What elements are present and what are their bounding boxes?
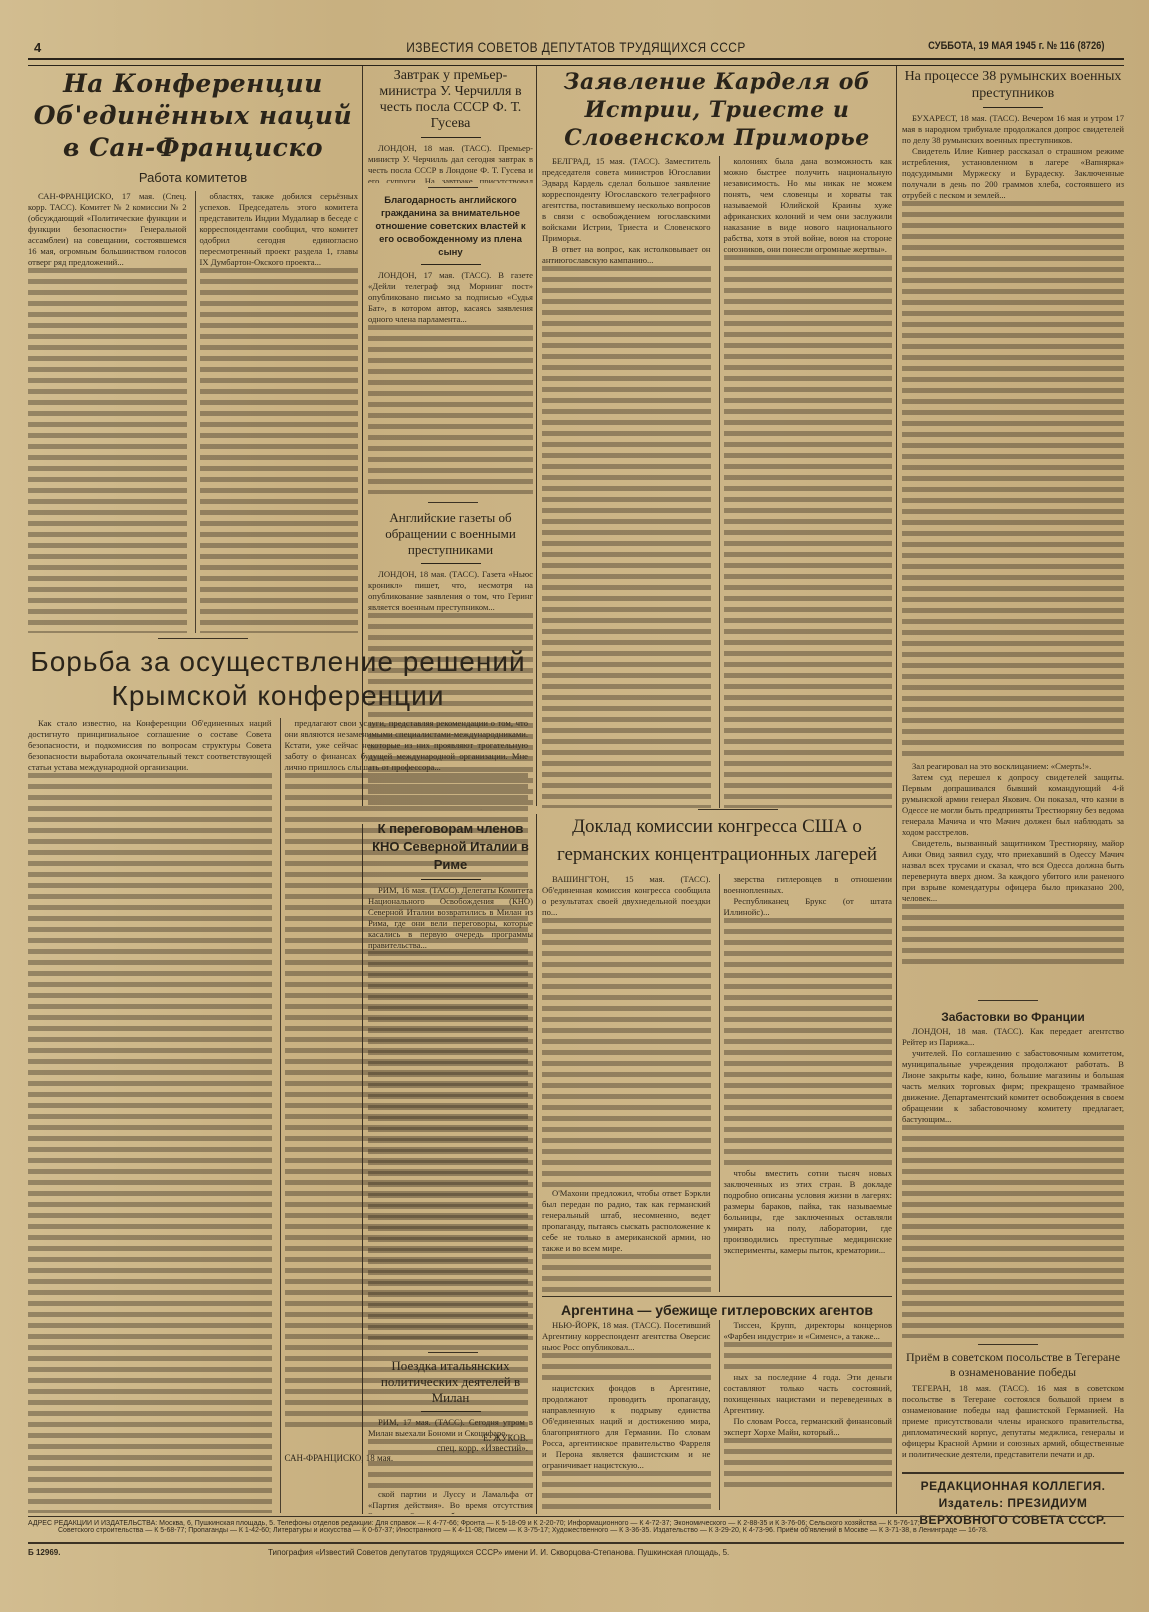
column-divider xyxy=(896,66,897,1514)
text-body xyxy=(724,1438,893,1488)
text-body xyxy=(902,201,1124,761)
article-paragraph: Затем суд перешел к допросу свидетелей з… xyxy=(902,772,1124,838)
article-paragraph: чтобы вместить сотни тысяч новых заключе… xyxy=(724,1168,893,1256)
headline: Заявление Карделя об Истрии, Триесте и С… xyxy=(542,68,892,152)
article-lead: БЕЛГРАД, 15 мая. (ТАСС). Заместитель пре… xyxy=(542,156,711,244)
us-congress-headline-1: Доклад комиссии конгресса США о посещени… xyxy=(542,814,892,844)
article-kno: К переговорам членов КНО Северной Италии… xyxy=(368,820,533,1340)
subheadline: Работа комитетов xyxy=(28,170,358,185)
article-lead: РИМ, 16 мая. (ТАСС). Делегаты Комитета Н… xyxy=(368,885,533,951)
article-churchill-breakfast: Завтрак у премьер-министра У. Черчилля в… xyxy=(368,68,533,183)
printer-info: Типография «Известий Советов депутатов т… xyxy=(268,1548,729,1557)
separator xyxy=(428,502,478,503)
headline: Аргентина — убежище гитлеровских агентов xyxy=(542,1300,892,1320)
text-body xyxy=(200,268,359,633)
article-paragraph: Свидетель Илие Кивнер рассказал о страшн… xyxy=(902,146,1124,201)
headline: К переговорам членов КНО Северной Италии… xyxy=(368,820,533,874)
headline: На Конференции Об'единённых наций в Сан-… xyxy=(28,68,358,164)
article-lead: ВАШИНГТОН, 15 мая. (ТАСС). Об'единенная … xyxy=(542,874,711,918)
separator xyxy=(902,1472,1124,1474)
text-body xyxy=(542,1471,711,1512)
text-body xyxy=(28,268,187,633)
article-lead: ЛОНДОН, 18 мая. (ТАСС). Газета «Ньюс кро… xyxy=(368,569,533,613)
article-lead: РИМ, 17 мая. (ТАСС). Сегодня утром в Мил… xyxy=(368,1417,533,1439)
article-lead: Как стало известно, на Конференции Об'ед… xyxy=(28,718,272,773)
article-kardelj: Заявление Карделя об Истрии, Триесте и С… xyxy=(542,68,892,808)
column-divider xyxy=(536,814,537,1514)
text-body xyxy=(368,613,533,808)
footer-printer: Б 12969. Типография «Известий Советов де… xyxy=(28,1548,1124,1557)
text-body xyxy=(724,1342,893,1372)
article-body: ТЕГЕРАН, 18 мая. (ТАСС). 16 мая в советс… xyxy=(902,1383,1124,1460)
editorial-line-1: РЕДАКЦИОННАЯ КОЛЛЕГИЯ. xyxy=(902,1478,1124,1495)
article-column-2: зверства гитлеровцев в отношении военноп… xyxy=(724,874,893,896)
article-ending: ское правительство и особенно в таком ви… xyxy=(368,808,533,810)
article-lead: БУХАРЕСТ, 18 мая. (ТАСС). Вечером 16 мая… xyxy=(902,113,1124,146)
text-body xyxy=(542,918,711,1188)
text-body xyxy=(368,951,533,1340)
headline: На процессе 38 румынских военных преступ… xyxy=(902,68,1124,102)
separator xyxy=(698,809,778,810)
footer-address: АДРЕС РЕДАКЦИИ И ИЗДАТЕЛЬСТВА: Москва, 6… xyxy=(28,1520,1124,1534)
text-body xyxy=(724,918,893,1168)
separator xyxy=(158,638,248,639)
article-france-strikes: Забастовки во Франции ЛОНДОН, 18 мая. (Т… xyxy=(902,1008,1124,1338)
article-romanian-trial: На процессе 38 румынских военных преступ… xyxy=(902,68,1124,998)
headline: Доклад комиссии конгресса США о посещени… xyxy=(542,814,892,844)
address-line-1: АДРЕС РЕДАКЦИИ И ИЗДАТЕЛЬСТВА: Москва, 6… xyxy=(28,1520,1124,1527)
page-number: 4 xyxy=(34,40,41,55)
text-body xyxy=(724,255,893,808)
article-paragraph: Зал реагировал на это восклицанием: «Сме… xyxy=(902,761,1124,772)
headline: германских концентрационных лагерей xyxy=(542,842,892,868)
article-paragraph: Свидетель, вызванный защитником Трестиор… xyxy=(902,838,1124,904)
issue-date: СУББОТА, 19 МАЯ 1945 г. № 116 (8726) xyxy=(928,40,1104,52)
article-body: ЛОНДОН, 18 мая. (ТАСС). Премьер-министр … xyxy=(368,143,533,183)
footer-rule xyxy=(28,1542,1124,1544)
editorial-line-2: Издатель: ПРЕЗИДИУМ xyxy=(902,1495,1124,1512)
headline: Приём в советском посольстве в Тегеране … xyxy=(902,1350,1124,1380)
article-paragraph: В ответ на вопрос, как истолковывает он … xyxy=(542,244,711,266)
article-column-2: колониях была дана возможность как можно… xyxy=(724,156,893,255)
text-body xyxy=(542,1353,711,1383)
headline: Забастовки во Франции xyxy=(902,1008,1124,1026)
article-paragraph: Республиканец Брукс (от штата Иллинойс).… xyxy=(724,896,893,918)
newspaper-page: 4 ИЗВЕСТИЯ СОВЕТОВ ДЕПУТАТОВ ТРУДЯЩИХСЯ … xyxy=(28,34,1124,1574)
masthead-rule xyxy=(28,58,1124,66)
newspaper-title: ИЗВЕСТИЯ СОВЕТОВ ДЕПУТАТОВ ТРУДЯЩИХСЯ СС… xyxy=(110,39,1042,55)
column-divider xyxy=(536,66,537,806)
article-english-newspapers: Английские газеты об обращении с военным… xyxy=(368,510,533,810)
article-gratitude: Благодарность английского гражданина за … xyxy=(368,194,533,494)
us-congress-headline-2: германских концентрационных лагерей xyxy=(542,842,892,872)
article-milan-trip: Поездка итальянских политических деятеле… xyxy=(368,1358,533,1514)
text-body xyxy=(902,904,1124,964)
article-tehran: Приём в советском посольстве в Тегеране … xyxy=(902,1350,1124,1470)
headline: Благодарность английского гражданина за … xyxy=(368,194,533,259)
separator xyxy=(978,1000,1038,1001)
article-paragraph: По словам Росса, германский финансовый э… xyxy=(724,1416,893,1438)
article-argentina: Аргентина — убежище гитлеровских агентов… xyxy=(542,1300,892,1512)
separator xyxy=(428,1352,478,1353)
address-line-2: Советского строительства — К 5-68-77; Пр… xyxy=(28,1527,1124,1534)
order-number: Б 12969. xyxy=(28,1548,60,1557)
article-lead: ЛОНДОН, 18 мая. (ТАСС). Как передает аге… xyxy=(902,1026,1124,1048)
text-body xyxy=(28,773,272,1513)
headline: Английские газеты об обращении с военным… xyxy=(368,510,533,558)
text-body xyxy=(368,1439,533,1489)
separator xyxy=(978,1344,1038,1345)
article-paragraph: нацистских фондов в Аргентине, продолжаю… xyxy=(542,1383,711,1471)
article-paragraph: О'Махони предложил, чтобы ответ Бэркли б… xyxy=(542,1188,711,1254)
headline: Завтрак у премьер-министра У. Черчилля в… xyxy=(368,68,533,132)
article-lead: ЛОНДОН, 17 мая. (ТАСС). В газете «Дейли … xyxy=(368,270,533,325)
text-body xyxy=(902,1125,1124,1338)
article-un-conference: На Конференции Об'единённых наций в Сан-… xyxy=(28,68,358,633)
separator xyxy=(428,187,478,188)
article-paragraph: ных за последние 4 года. Эти деньги сост… xyxy=(724,1372,893,1416)
masthead: 4 ИЗВЕСТИЯ СОВЕТОВ ДЕПУТАТОВ ТРУДЯЩИХСЯ … xyxy=(28,34,1124,58)
article-paragraph: учителей. По соглашению с забастовочным … xyxy=(902,1048,1124,1125)
article-us-congress: ВАШИНГТОН, 15 мая. (ТАСС). Об'единенная … xyxy=(542,874,892,1292)
headline: Поездка итальянских политических деятеле… xyxy=(368,1358,533,1406)
article-lead: САН-ФРАНЦИСКО, 17 мая. (Спец. корр. ТАСС… xyxy=(28,191,187,268)
article-column-2: Тиссен, Крупп, директоры концернов «Фарб… xyxy=(724,1320,893,1342)
article-lead: НЬЮ-ЙОРК, 18 мая. (ТАСС). Посетивший Арг… xyxy=(542,1320,711,1353)
footer-rule xyxy=(28,1516,1124,1517)
separator xyxy=(542,1296,892,1297)
article-ending: ской партии и Луссу и Ламальфа от «Парти… xyxy=(368,1489,533,1514)
text-body xyxy=(542,1254,711,1292)
text-body xyxy=(542,266,711,808)
text-body xyxy=(368,325,533,494)
article-column-2: областях, также добился серьёзных успехо… xyxy=(200,191,359,268)
